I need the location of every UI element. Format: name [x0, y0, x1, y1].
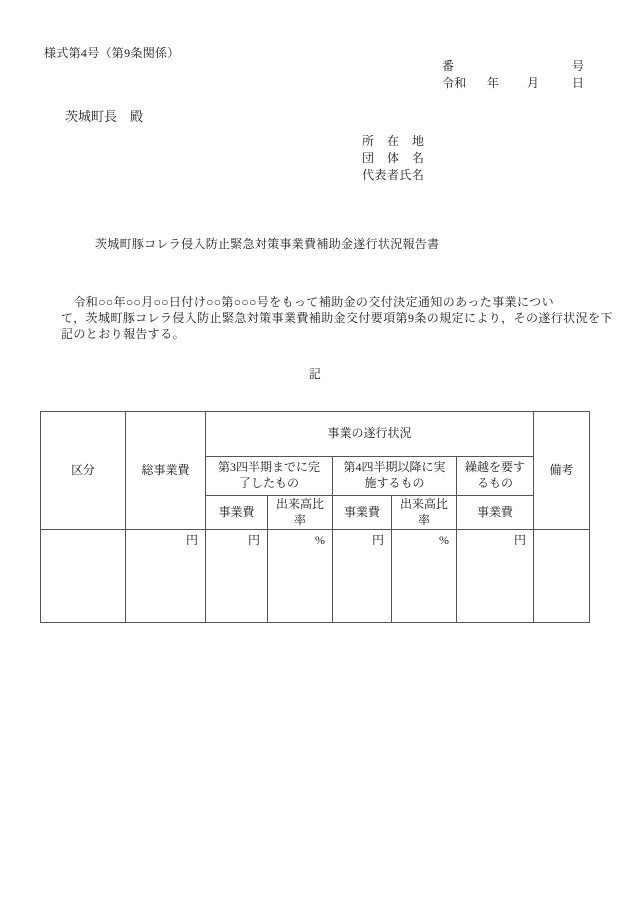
cell-cost1-unit: 円 [206, 530, 268, 623]
body-line-1: 令和○○年○○月○○日付け○○第○○○号をもって補助金の交付決定通知のあった事業… [61, 295, 617, 311]
header-total-cost: 総事業費 [126, 412, 206, 530]
date-year-label: 年 [487, 77, 499, 90]
sender-address-label: 所 在 地 [362, 133, 425, 150]
header-progress-status: 事業の遂行状況 [206, 412, 534, 457]
header-kubun: 区分 [41, 412, 126, 530]
header-q4-planned: 第4四半期以降に実 施するもの [333, 457, 457, 496]
document-page: 様式第4号（第9条関係） 番 号 令和 年 月 日 茨城町長 殿 所 在 地 団… [0, 0, 630, 903]
header-cost-2: 事業費 [333, 496, 392, 530]
cell-cost3-unit: 円 [457, 530, 534, 623]
sender-representative-label: 代表者氏名 [362, 167, 425, 184]
header-ratio-1: 出来高比 率 [268, 496, 333, 530]
doc-number-label: 番 [442, 60, 454, 73]
body-paragraph: 令和○○年○○月○○日付け○○第○○○号をもって補助金の交付決定通知のあった事業… [61, 295, 617, 342]
cell-total-unit: 円 [126, 530, 206, 623]
date-era-label: 令和 [442, 77, 467, 90]
date-day-label: 日 [572, 77, 584, 90]
ki-heading: 記 [0, 368, 630, 381]
header-remarks: 備考 [534, 412, 590, 530]
header-q3-completed: 第3四半期までに完 了したもの [206, 457, 333, 496]
cell-kubun-blank [41, 530, 126, 623]
cell-ratio1-unit: % [268, 530, 333, 623]
cell-cost2-unit: 円 [333, 530, 392, 623]
header-cost-3: 事業費 [457, 496, 534, 530]
body-line-3: 記のとおり報告する。 [61, 327, 617, 343]
sender-org-label: 団 体 名 [362, 150, 425, 167]
addressee: 茨城町長 殿 [65, 106, 143, 125]
report-table: 区分 総事業費 事業の遂行状況 備考 第3四半期までに完 了したもの 第4四半期… [40, 411, 590, 623]
cell-remarks-blank [534, 530, 590, 623]
header-carryover: 繰越を要す るもの [457, 457, 534, 496]
date-month-label: 月 [527, 77, 539, 90]
cell-ratio2-unit: % [392, 530, 457, 623]
header-cost-1: 事業費 [206, 496, 268, 530]
header-ratio-2: 出来高比 率 [392, 496, 457, 530]
form-number: 様式第4号（第9条関係） [44, 47, 180, 60]
body-line-2: て，茨城町豚コレラ侵入防止緊急対策事業費補助金交付要項第9条の規定により，その遂… [61, 311, 617, 327]
document-title: 茨城町豚コレラ侵入防止緊急対策事業費補助金遂行状況報告書 [95, 238, 439, 251]
doc-number-suffix: 号 [572, 60, 584, 73]
sender-block: 所 在 地 団 体 名 代表者氏名 [362, 133, 425, 184]
